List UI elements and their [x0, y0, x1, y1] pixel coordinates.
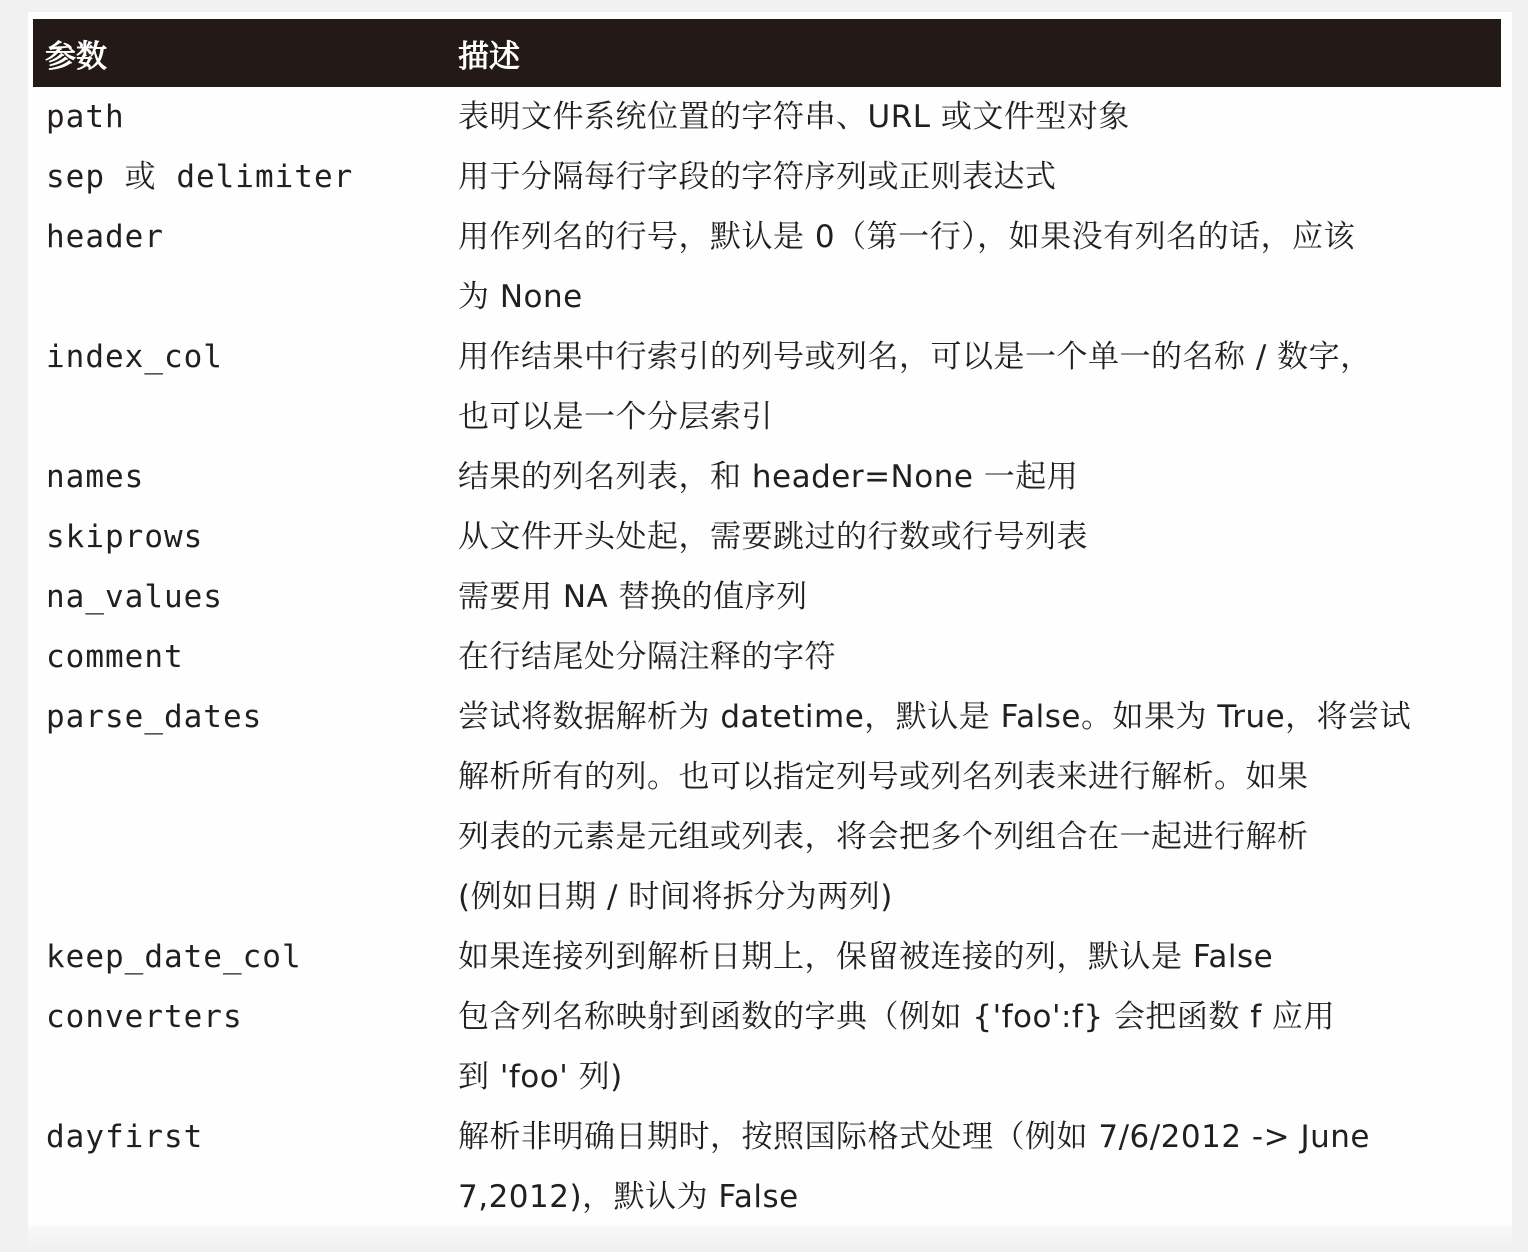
document-panel: 参数 描述 path表明文件系统位置的字符串、URL 或文件型对象sep 或 d…: [28, 12, 1512, 1226]
param-description: 尝试将数据解析为 datetime，默认是 False。如果为 True，将尝试…: [445, 687, 1501, 927]
description-line: 从文件开头处起，需要跳过的行数或行号列表: [458, 507, 1495, 567]
param-name: parse_dates: [33, 687, 445, 747]
param-name: skiprows: [33, 507, 445, 567]
description-line: 用于分隔每行字段的字符序列或正则表达式: [458, 147, 1495, 207]
param-name: na_values: [33, 567, 445, 627]
table-row: skiprows从文件开头处起，需要跳过的行数或行号列表: [33, 507, 1501, 567]
table-row: converters包含列名称映射到函数的字典（例如 {'foo':f} 会把函…: [33, 987, 1501, 1107]
description-line: 尝试将数据解析为 datetime，默认是 False。如果为 True，将尝试: [458, 687, 1495, 747]
param-name: names: [33, 447, 445, 507]
description-line: 在行结尾处分隔注释的字符: [458, 627, 1495, 687]
parameters-table: 参数 描述 path表明文件系统位置的字符串、URL 或文件型对象sep 或 d…: [33, 19, 1501, 1227]
param-name: converters: [33, 987, 445, 1047]
description-line: 解析所有的列。也可以指定列号或列名列表来进行解析。如果: [458, 747, 1495, 807]
description-line: (例如日期 / 时间将拆分为两列): [458, 867, 1495, 927]
param-description: 需要用 NA 替换的值序列: [445, 567, 1501, 627]
param-name: comment: [33, 627, 445, 687]
table-body: path表明文件系统位置的字符串、URL 或文件型对象sep 或 delimit…: [33, 87, 1501, 1227]
description-line: 表明文件系统位置的字符串、URL 或文件型对象: [458, 87, 1495, 147]
description-line: 解析非明确日期时，按照国际格式处理（例如 7/6/2012 -> June: [458, 1107, 1495, 1167]
param-description: 用作结果中行索引的列号或列名，可以是一个单一的名称 / 数字，也可以是一个分层索…: [445, 327, 1501, 447]
param-description: 如果连接列到解析日期上，保留被连接的列，默认是 False: [445, 927, 1501, 987]
description-line: 7,2012)，默认为 False: [458, 1167, 1495, 1227]
param-name: sep 或 delimiter: [33, 147, 445, 207]
table-row: comment在行结尾处分隔注释的字符: [33, 627, 1501, 687]
description-line: 到 'foo' 列): [458, 1047, 1495, 1107]
table-row: dayfirst解析非明确日期时，按照国际格式处理（例如 7/6/2012 ->…: [33, 1107, 1501, 1227]
table-row: parse_dates尝试将数据解析为 datetime，默认是 False。如…: [33, 687, 1501, 927]
param-description: 结果的列名列表，和 header=None 一起用: [445, 447, 1501, 507]
param-name: path: [33, 87, 445, 147]
header-param: 参数: [33, 31, 445, 76]
param-name: header: [33, 207, 445, 267]
table-header: 参数 描述: [33, 19, 1501, 87]
param-description: 表明文件系统位置的字符串、URL 或文件型对象: [445, 87, 1501, 147]
param-name: keep_date_col: [33, 927, 445, 987]
page-bottom-edge: [28, 1226, 1512, 1252]
param-description: 解析非明确日期时，按照国际格式处理（例如 7/6/2012 -> June7,2…: [445, 1107, 1501, 1227]
table-row: header用作列名的行号，默认是 0（第一行），如果没有列名的话，应该为 No…: [33, 207, 1501, 327]
table-row: sep 或 delimiter用于分隔每行字段的字符序列或正则表达式: [33, 147, 1501, 207]
description-line: 用作结果中行索引的列号或列名，可以是一个单一的名称 / 数字，: [458, 327, 1495, 387]
description-line: 为 None: [458, 267, 1495, 327]
description-line: 列表的元素是元组或列表，将会把多个列组合在一起进行解析: [458, 807, 1495, 867]
param-description: 用作列名的行号，默认是 0（第一行），如果没有列名的话，应该为 None: [445, 207, 1501, 327]
param-name: dayfirst: [33, 1107, 445, 1167]
param-name: index_col: [33, 327, 445, 387]
description-line: 如果连接列到解析日期上，保留被连接的列，默认是 False: [458, 927, 1495, 987]
description-line: 包含列名称映射到函数的字典（例如 {'foo':f} 会把函数 f 应用: [458, 987, 1495, 1047]
param-description: 在行结尾处分隔注释的字符: [445, 627, 1501, 687]
table-row: na_values需要用 NA 替换的值序列: [33, 567, 1501, 627]
description-line: 也可以是一个分层索引: [458, 387, 1495, 447]
table-row: keep_date_col如果连接列到解析日期上，保留被连接的列，默认是 Fal…: [33, 927, 1501, 987]
param-description: 包含列名称映射到函数的字典（例如 {'foo':f} 会把函数 f 应用到 'f…: [445, 987, 1501, 1107]
description-line: 需要用 NA 替换的值序列: [458, 567, 1495, 627]
param-description: 从文件开头处起，需要跳过的行数或行号列表: [445, 507, 1501, 567]
table-row: names结果的列名列表，和 header=None 一起用: [33, 447, 1501, 507]
table-row: index_col用作结果中行索引的列号或列名，可以是一个单一的名称 / 数字，…: [33, 327, 1501, 447]
header-description: 描述: [445, 31, 1501, 76]
description-line: 结果的列名列表，和 header=None 一起用: [458, 447, 1495, 507]
param-description: 用于分隔每行字段的字符序列或正则表达式: [445, 147, 1501, 207]
description-line: 用作列名的行号，默认是 0（第一行），如果没有列名的话，应该: [458, 207, 1495, 267]
table-row: path表明文件系统位置的字符串、URL 或文件型对象: [33, 87, 1501, 147]
